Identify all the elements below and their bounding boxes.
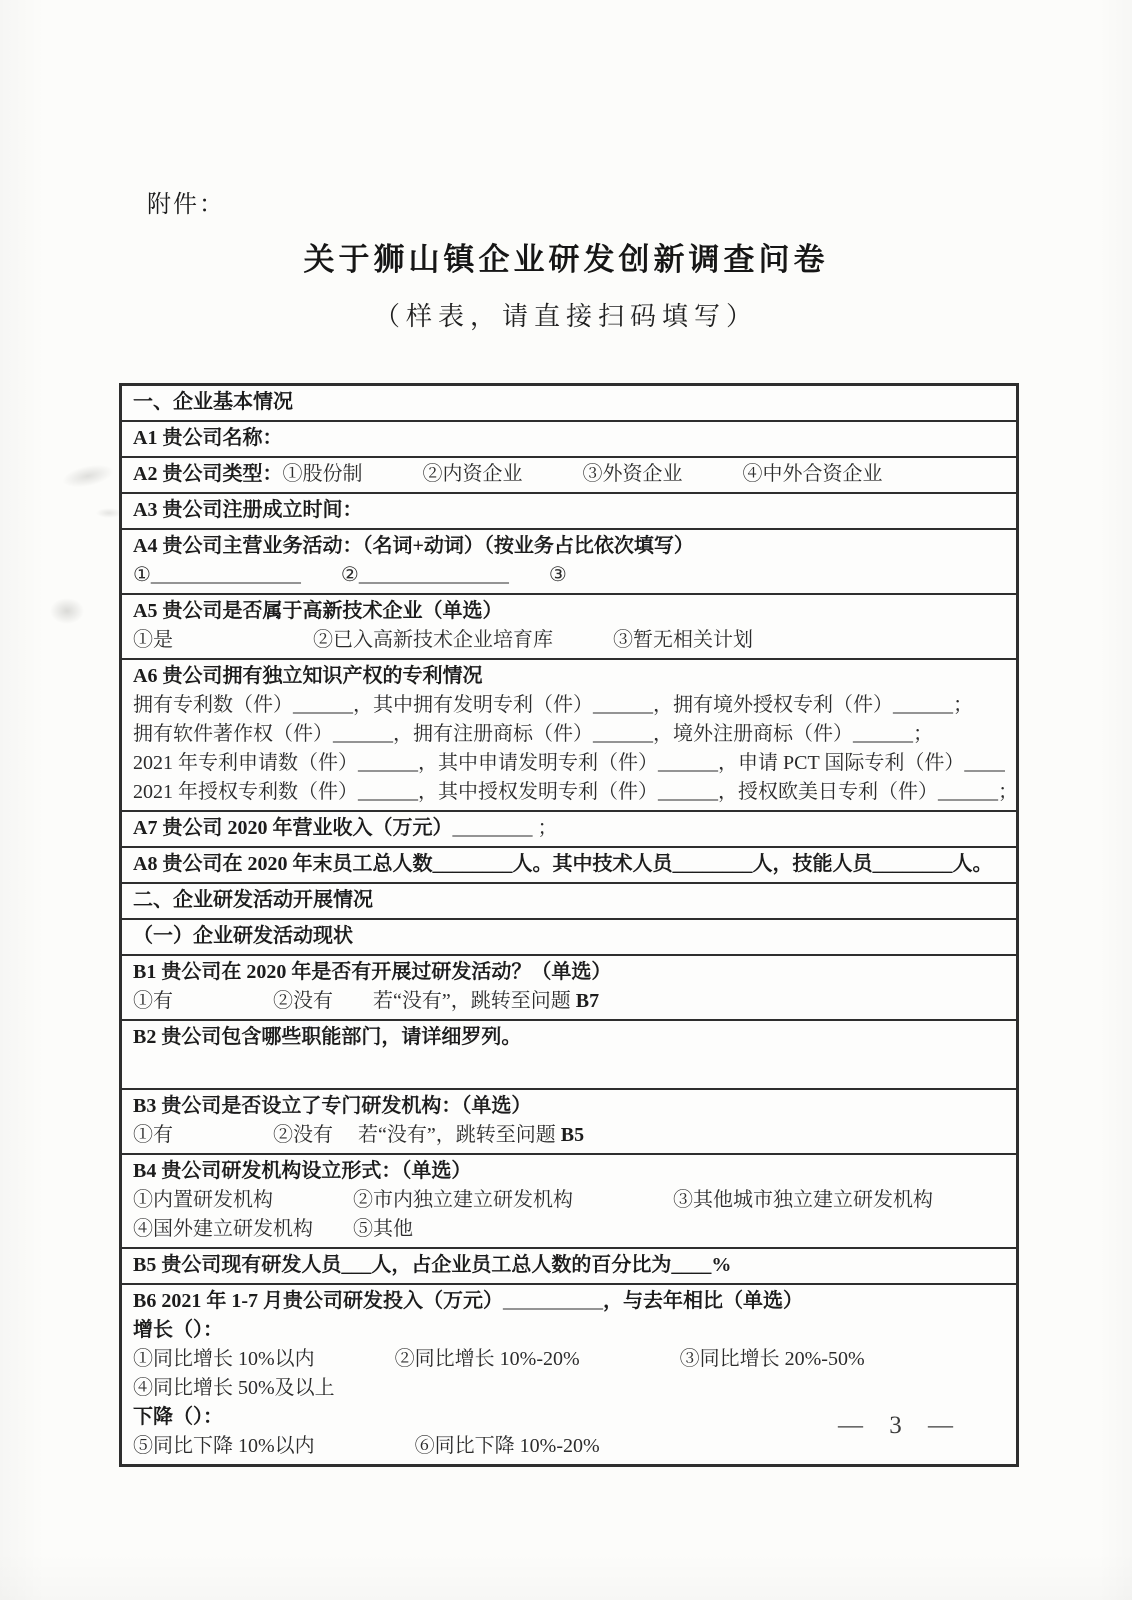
- table-line: 2021 年授权专利数（件）______，其中授权发明专利（件）______，授…: [133, 778, 1005, 807]
- table-line: A7 贵公司 2020 年营业收入（万元）________ ；: [133, 814, 1005, 843]
- table-line: B4 贵公司研发机构设立形式：（单选）: [133, 1157, 1005, 1186]
- scan-artifact: [60, 461, 115, 491]
- table-line: ④同比增长 50%及以上: [133, 1374, 1005, 1403]
- table-line: A6 贵公司拥有独立知识产权的专利情况: [133, 662, 1005, 691]
- table-line: ①有 ②没有 若“没有”，跳转至问题 B5: [133, 1121, 1005, 1150]
- table-line: 拥有专利数（件）______，其中拥有发明专利（件）______，拥有境外授权专…: [133, 691, 1005, 720]
- table-line: （一）企业研发活动现状: [133, 922, 1005, 951]
- table-line: A2 贵公司类型：①股份制 ②内资企业 ③外资企业 ④中外合资企业: [133, 460, 1005, 489]
- table-line: ①同比增长 10%以内 ②同比增长 10%-20% ③同比增长 20%-50%: [133, 1345, 1005, 1374]
- table-row-A1: A1 贵公司名称：: [122, 422, 1016, 458]
- table-line: 2021 年专利申请数（件）______，其中申请发明专利（件）______，申…: [133, 749, 1005, 778]
- table-line: ①有 ②没有 若“没有”，跳转至问题 B7: [133, 987, 1005, 1016]
- table-line: B5 贵公司现有研发人员___人，占企业员工总人数的百分比为____%: [133, 1251, 1005, 1280]
- table-row-A5: A5 贵公司是否属于高新技术企业（单选）①是 ②已入高新技术企业培育库 ③暂无相…: [122, 595, 1016, 660]
- table-line: 拥有软件著作权（件）______，拥有注册商标（件）______，境外注册商标（…: [133, 720, 1005, 749]
- table-row-B3: B3 贵公司是否设立了专门研发机构：（单选） ①有 ②没有 若“没有”，跳转至问…: [122, 1090, 1016, 1155]
- table-row-A6: A6 贵公司拥有独立知识产权的专利情况拥有专利数（件）______，其中拥有发明…: [122, 660, 1016, 812]
- table-line: 增长（）：: [133, 1316, 1005, 1345]
- answer-blank-space: [133, 1052, 1005, 1085]
- document-page: 附件： 关于狮山镇企业研发创新调查问卷 （样表，请直接扫码填写） 一、企业基本情…: [0, 0, 1132, 1600]
- page-title: 关于狮山镇企业研发创新调查问卷: [0, 234, 1132, 279]
- table-line: B3 贵公司是否设立了专门研发机构：（单选）: [133, 1092, 1005, 1121]
- table-line: A1 贵公司名称：: [133, 424, 1005, 453]
- scan-artifact: [50, 598, 84, 624]
- table-row-section-2: 二、企业研发活动开展情况: [122, 884, 1016, 920]
- table-row-section-1: 一、企业基本情况: [122, 386, 1016, 422]
- table-line: B2 贵公司包含哪些职能部门，请详细罗列。: [133, 1023, 1005, 1052]
- table-row-A7: A7 贵公司 2020 年营业收入（万元）________ ；: [122, 812, 1016, 848]
- table-line: A5 贵公司是否属于高新技术企业（单选）: [133, 597, 1005, 626]
- table-line: B1 贵公司在 2020 年是否有开展过研发活动？（单选）: [133, 958, 1005, 987]
- table-line: ①_______________ ②_______________ ③: [133, 561, 1005, 590]
- table-line: ①内置研发机构 ②市内独立建立研发机构 ③其他城市独立建立研发机构: [133, 1186, 1005, 1215]
- table-row-A3: A3 贵公司注册成立时间：: [122, 494, 1016, 530]
- table-row-B1: B1 贵公司在 2020 年是否有开展过研发活动？（单选）①有 ②没有 若“没有…: [122, 956, 1016, 1021]
- table-row-A2: A2 贵公司类型：①股份制 ②内资企业 ③外资企业 ④中外合资企业: [122, 458, 1016, 494]
- table-row-A8: A8 贵公司在 2020 年末员工总人数________人。其中技术人员____…: [122, 848, 1016, 884]
- table-row-section-2-1: （一）企业研发活动现状: [122, 920, 1016, 956]
- table-row-B5: B5 贵公司现有研发人员___人，占企业员工总人数的百分比为____%: [122, 1249, 1016, 1285]
- table-line: A3 贵公司注册成立时间：: [133, 496, 1005, 525]
- page-number: — 3 —: [838, 1412, 963, 1440]
- table-row-B4: B4 贵公司研发机构设立形式：（单选）①内置研发机构 ②市内独立建立研发机构 ③…: [122, 1155, 1016, 1249]
- table-line: A4 贵公司主营业务活动：（名词+动词）（按业务占比依次填写）: [133, 532, 1005, 561]
- table-line: ①是 ②已入高新技术企业培育库 ③暂无相关计划: [133, 626, 1005, 655]
- table-line: A8 贵公司在 2020 年末员工总人数________人。其中技术人员____…: [133, 850, 1005, 879]
- questionnaire-table: 一、企业基本情况A1 贵公司名称：A2 贵公司类型：①股份制 ②内资企业 ③外资…: [119, 383, 1019, 1467]
- table-line: 二、企业研发活动开展情况: [133, 886, 1005, 915]
- table-row-A4: A4 贵公司主营业务活动：（名词+动词）（按业务占比依次填写）①________…: [122, 530, 1016, 595]
- attachment-label: 附件：: [147, 184, 225, 219]
- table-row-B2: B2 贵公司包含哪些职能部门，请详细罗列。: [122, 1021, 1016, 1090]
- table-line: B6 2021 年 1-7 月贵公司研发投入（万元）__________，与去年…: [133, 1287, 1005, 1316]
- table-line: 一、企业基本情况: [133, 388, 1005, 417]
- table-line: ④国外建立研发机构 ⑤其他: [133, 1215, 1005, 1244]
- page-subtitle: （样表，请直接扫码填写）: [0, 296, 1132, 333]
